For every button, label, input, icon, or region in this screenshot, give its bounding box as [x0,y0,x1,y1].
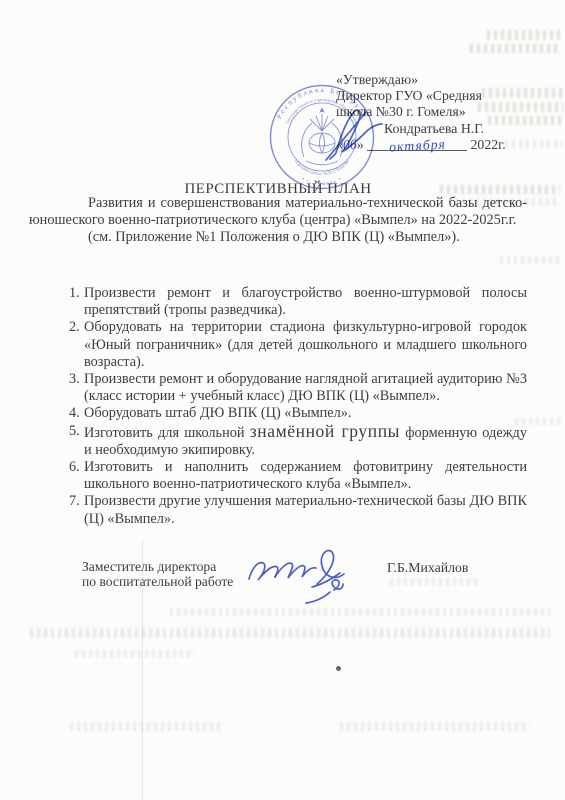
item-text: Произвести ремонт и благоустройство воен… [84,285,527,319]
scan-artifact [470,44,560,53]
item-number: 6. [69,459,80,476]
item-text: Произвести другие улучшения материально-… [84,493,527,527]
list-item: 6. Изготовить и наполнить содержанием фо… [69,459,527,493]
intro-note: (см. Приложение №1 Положения о ДЮ ВПК (Ц… [29,229,527,246]
signer-role-line2: по воспитательной работе [82,575,233,590]
item-text-enlarged: знамённой группы [250,421,400,441]
plan-list: 1. Произвести ремонт и благоустройство в… [69,285,527,528]
signer-role: Заместитель директора по воспитательной … [82,560,233,590]
intro-paragraph: Развития и совершенствования материально… [29,195,527,229]
scan-artifact [30,628,550,638]
official-round-stamp: Республика Беларусь • г. Гомель • Госуда… [266,81,378,193]
signer-role-line1: Заместитель директора [82,560,233,575]
handwritten-month: октября [388,138,445,152]
scan-artifact [70,722,220,731]
scan-artifact [390,578,480,586]
item-text-pre: Изготовить для школьной [84,425,250,441]
list-item: 2. Оборудовать на территории стадиона фи… [69,319,527,371]
stamp-school-text: «Средняя школа №30 г. Гомеля» [293,158,350,176]
item-number: 7. [69,493,80,510]
item-text: Изготовить для школьной знамённой группы… [84,423,527,459]
stamp-emblem [302,109,343,165]
item-number: 3. [69,371,80,388]
month-underline: октября [367,139,467,151]
item-text: Изготовить и наполнить содержанием фотов… [84,459,527,493]
deputy-signature [249,550,344,603]
intro-section: Развития и совершенствования материально… [29,195,527,246]
item-text: Оборудовать на территории стадиона физку… [84,319,527,371]
item-number: 5. [69,423,80,440]
scan-artifact [170,608,550,616]
item-number: 2. [69,319,80,336]
item-number: 4. [69,405,80,422]
ink-speck [336,666,341,671]
scan-artifact [487,30,560,40]
signer-name: Г.Б.Михайлов [387,560,468,576]
list-item: 7. Произвести другие улучшения материаль… [69,493,527,527]
list-item: 1. Произвести ремонт и благоустройство в… [69,285,527,319]
item-text: Произвести ремонт и оборудование наглядн… [84,371,527,405]
list-item: 5. Изготовить для школьной знамённой гру… [69,423,527,459]
scan-artifact [340,722,530,731]
item-number: 1. [69,285,80,302]
scanned-document-page: «Утверждаю» Директор ГУО «Средняя школа … [0,0,565,800]
year-text: 2022г. [471,137,506,152]
scan-artifact [500,256,562,264]
scan-artifact [75,650,195,658]
list-item: 3. Произвести ремонт и оборудование нагл… [69,371,527,405]
